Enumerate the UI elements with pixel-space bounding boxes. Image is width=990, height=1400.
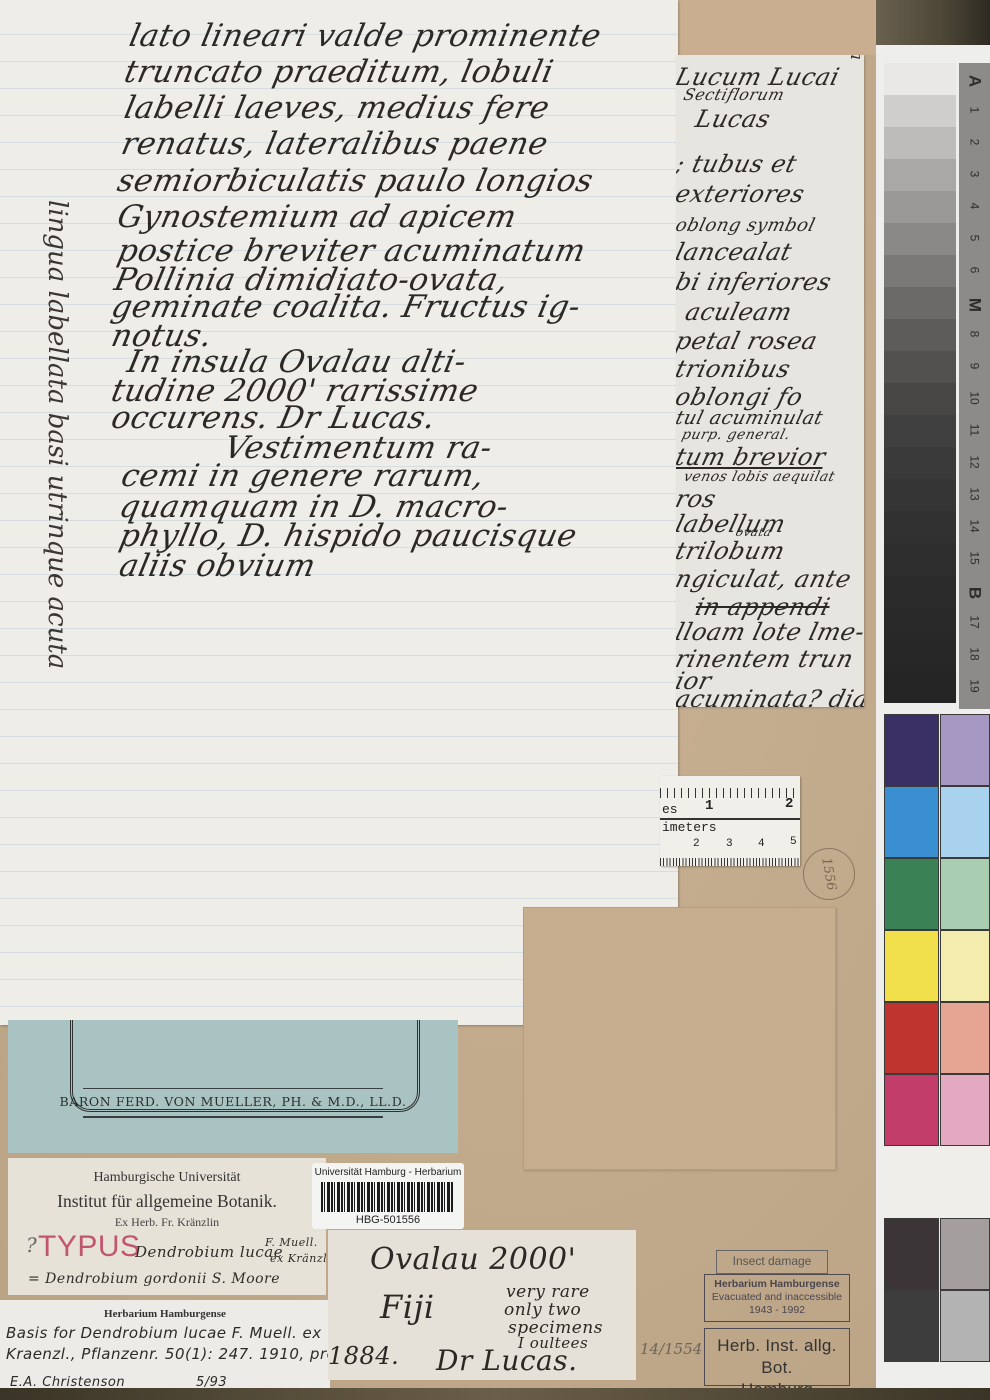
ruler-ticks: [660, 858, 800, 866]
sheet-margin: [678, 0, 876, 55]
collection-year: 1884.: [328, 1342, 399, 1370]
ruler-unit-label: imeters: [662, 820, 717, 835]
scale-label: 14: [968, 511, 982, 542]
gray-patch: [884, 415, 956, 447]
ruler-number: 1: [705, 798, 713, 814]
color-patch: [940, 786, 990, 858]
gray-patch: [884, 447, 956, 479]
description-line: semiorbiculatis paulo longios: [114, 163, 596, 199]
color-patch: [940, 1290, 990, 1362]
ruler-inches: es 1 2: [660, 776, 800, 820]
scale-label: A: [965, 66, 985, 97]
color-patch: [940, 1002, 990, 1074]
scale-label: 4: [968, 191, 982, 222]
slip-line: in appendi: [693, 593, 833, 621]
margin-note: lingua labellata basi utrinque acuta: [42, 200, 72, 669]
gray-patch: [884, 607, 956, 639]
color-patch: [884, 786, 939, 858]
slip-line: tum brevior: [676, 443, 829, 471]
scale-label: 10: [968, 383, 982, 414]
gray-patch: [884, 127, 956, 159]
description-line: aliis obvium: [116, 548, 319, 584]
gray-patch: [884, 671, 956, 703]
slip-line: aculeam: [683, 298, 796, 326]
color-checker: A123456M89101112131415B171819: [876, 45, 990, 1388]
ruler-number: 3: [726, 838, 733, 850]
scale-label: 9: [968, 351, 982, 382]
measurement-ruler: es 1 2 imeters 2 3 4 5: [660, 776, 800, 866]
color-patch: [884, 1218, 939, 1290]
evac-line: Evacuated and inaccessible: [705, 1291, 849, 1304]
slip-line: tul acuminulat: [676, 407, 826, 429]
color-patch: [940, 930, 990, 1002]
barcode-id: HBG-501556: [312, 1214, 464, 1226]
slip-line: exteriores: [676, 180, 808, 208]
color-patch: [884, 1290, 939, 1362]
gray-scale-labels: A123456M89101112131415B171819: [959, 63, 990, 709]
collector-name: Dr Lucas.: [436, 1344, 578, 1377]
description-line: truncato praeditum, lobuli: [121, 54, 557, 90]
slip-line: oblong symbol: [676, 215, 818, 236]
gray-patch: [884, 575, 956, 607]
slip-line: bi inferiores: [676, 268, 834, 296]
evacuation-stamp: Herbarium Hamburgense Evacuated and inac…: [704, 1274, 850, 1322]
slip-line: lancealat: [676, 238, 795, 266]
gray-patch: [884, 351, 956, 383]
gray-patch: [884, 511, 956, 543]
gray-patch: [884, 191, 956, 223]
herbarium-stamp: Herb. Inst. allg. Bot. Hamburg: [704, 1328, 850, 1386]
synonym: = Dendrobium gordonii S. Moore: [28, 1271, 280, 1287]
scale-label: 5: [968, 223, 982, 254]
color-patch: [884, 1002, 939, 1074]
evac-title: Herbarium Hamburgense: [714, 1278, 839, 1290]
color-patch: [884, 858, 939, 930]
gray-patch: [884, 287, 956, 319]
institute-name: Institut für allgemeine Botanik.: [8, 1191, 326, 1212]
species-name: Dendrobium lucae: [135, 1243, 283, 1261]
color-patch: [884, 714, 939, 786]
scale-label: B: [965, 578, 985, 609]
insect-damage-stamp: Insect damage: [716, 1250, 828, 1274]
scale-label: 15: [968, 543, 982, 574]
ruler-number: 2: [785, 796, 793, 812]
scale-label: 2: [968, 127, 982, 158]
institute-label: Hamburgische Universität Institut für al…: [8, 1158, 326, 1295]
slip-line: trilobum: [676, 537, 788, 565]
determination-label: Herbarium Hamburgense Basis for Dendrobi…: [0, 1300, 330, 1395]
divider: [83, 1116, 383, 1118]
color-patch: [884, 930, 939, 1002]
scale-label: 13: [968, 479, 982, 510]
gray-patch: [884, 159, 956, 191]
description-slip: Lucum Lucai Sectiflorum Lucas ; tubus et…: [676, 55, 864, 707]
description-line: Gynostemium ad apicem: [114, 199, 520, 235]
barcode-institution: Universität Hamburg - Herbarium: [312, 1167, 464, 1178]
collector-note: very rare: [506, 1282, 590, 1302]
species-author: F. Muell.: [265, 1236, 318, 1249]
herbarium-source: Ex Herb. Fr. Kränzlin: [8, 1215, 326, 1230]
slip-line: petal rosea: [676, 327, 821, 355]
slip-line: ngiculat, ante: [676, 565, 854, 593]
scale-label: 17: [968, 607, 982, 638]
scale-label: 11: [968, 415, 982, 446]
collector-note: only two: [504, 1300, 581, 1320]
barcode[interactable]: [321, 1182, 454, 1212]
scanner-edge: [0, 1388, 990, 1400]
slip-line: Sectiflorum: [682, 85, 787, 104]
gray-patch: [884, 543, 956, 575]
herb-stamp-line: Herb. Inst. allg. Bot.: [705, 1335, 849, 1379]
gray-patch: [884, 479, 956, 511]
scale-label: M: [965, 290, 985, 321]
gray-patch: [884, 383, 956, 415]
description-line: labelli laeves, medius fere: [121, 90, 553, 126]
slip-line: venos lobis aequilat: [682, 469, 837, 485]
gray-patch: [884, 95, 956, 127]
evac-years: 1943 - 1992: [705, 1304, 849, 1317]
scale-label: 8: [968, 319, 982, 350]
region: Fiji: [380, 1288, 435, 1326]
species-author: ex Kränzl.: [270, 1252, 331, 1265]
color-patch: [940, 714, 990, 786]
gray-scale: [884, 63, 956, 703]
slip-line: lloam lote lme-: [676, 618, 864, 646]
slip-line: acuminata? diapte: [676, 685, 864, 707]
scale-label: 18: [968, 639, 982, 670]
slip-line: purp. general.: [680, 427, 792, 443]
ruler-centimeters: imeters 2 3 4 5: [660, 820, 800, 866]
question-mark: ?: [26, 1233, 37, 1257]
color-patch: [940, 1074, 990, 1146]
description-line: lato lineari valde prominente: [126, 18, 604, 54]
scale-label: 1: [968, 95, 982, 126]
slip-vertical-text: dimidiato ovata bigemina ... pollinia: [846, 55, 864, 60]
det-line: Basis for Dendrobium lucae F. Muell. ex: [6, 1324, 322, 1342]
gray-patch: [884, 63, 956, 95]
scale-label: 19: [968, 671, 982, 702]
description-paper: lato lineari valde prominente truncato p…: [0, 0, 678, 1025]
slip-line: Lucas: [693, 105, 774, 133]
color-patch: [884, 1074, 939, 1146]
slip-line: ; tubus et: [676, 150, 800, 178]
ruler-number: 5: [790, 836, 797, 848]
det-label-title: Herbarium Hamburgense: [0, 1308, 330, 1320]
scale-label: 3: [968, 159, 982, 190]
scale-label: 12: [968, 447, 982, 478]
collector-label: Ovalau 2000' Fiji very rare only two spe…: [328, 1230, 636, 1380]
barcode-label: Universität Hamburg - Herbarium HBG-5015…: [312, 1163, 464, 1229]
det-line: Kraenzl., Pflanzenr. 50(1): 247. 1910, p…: [6, 1345, 375, 1363]
mueller-label: BARON FERD. VON MUELLER, PH. & M.D., LL.…: [8, 1020, 458, 1153]
specimen-packet[interactable]: [523, 907, 836, 1170]
gray-patch: [884, 639, 956, 671]
gray-patch: [884, 319, 956, 351]
ruler-number: 2: [693, 838, 700, 850]
university-name: Hamburgische Universität: [8, 1170, 326, 1186]
ruler-number: 4: [758, 838, 765, 850]
ruler-unit-label: es: [662, 802, 678, 817]
scale-label: 6: [968, 255, 982, 286]
pencil-accession: 14/1554: [640, 1340, 702, 1358]
divider: [83, 1088, 383, 1089]
scanner-background: [875, 0, 990, 45]
slip-line: trionibus: [676, 355, 794, 383]
color-patch: [940, 858, 990, 930]
ruler-ticks: [660, 788, 800, 798]
gray-patch: [884, 255, 956, 287]
typus-stamp: TYPUS: [38, 1230, 141, 1264]
locality: Ovalau 2000': [370, 1242, 576, 1277]
slip-line: labellum: [676, 510, 789, 538]
color-patch: [940, 1218, 990, 1290]
gray-patch: [884, 223, 956, 255]
slip-line: ros: [676, 485, 719, 513]
description-line: renatus, lateralibus paene: [118, 126, 551, 162]
color-patch: [940, 1146, 990, 1218]
color-patch: [884, 1146, 939, 1218]
mueller-name: BARON FERD. VON MUELLER, PH. & M.D., LL.…: [8, 1094, 458, 1109]
